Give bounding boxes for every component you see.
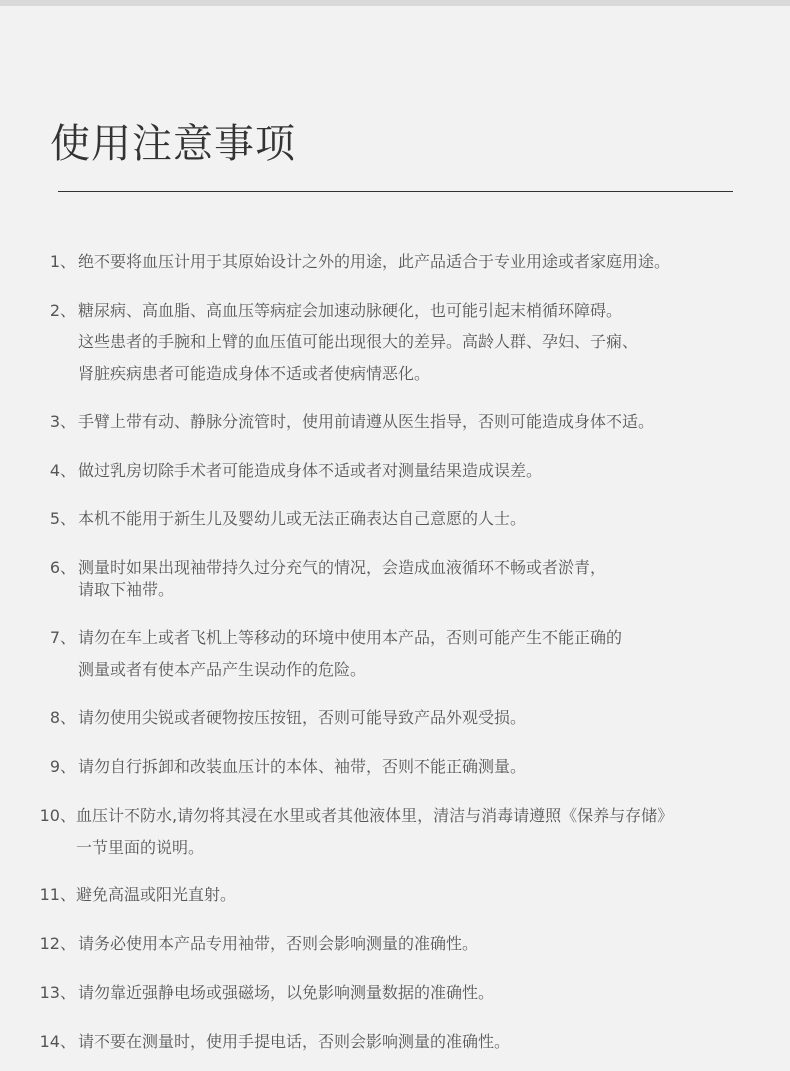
item-number: 9、 (50, 757, 76, 777)
item-text: 请勿自行拆卸和改装血压计的本体、袖带，否则不能正确测量。 (78, 757, 526, 777)
item-text: 本机不能用于新生儿及婴幼儿或无法正确表达自己意愿的人士。 (78, 509, 526, 529)
item-text: 避免高温或阳光直射。 (76, 885, 236, 905)
item-number: 14、 (40, 1032, 76, 1052)
item-text: 肾脏疾病患者可能造成身体不适或者使病情恶化。 (78, 364, 430, 384)
item-number: 5、 (50, 509, 76, 529)
item-number: 10、 (40, 806, 76, 826)
page-title: 使用注意事项 (50, 118, 296, 170)
item-text: 请务必使用本产品专用袖带，否则会影响测量的准确性。 (78, 934, 478, 954)
item-text: 手臂上带有动、静脉分流管时，使用前请遵从医生指导，否则可能造成身体不适。 (78, 412, 654, 432)
item-text: 绝不要将血压计用于其原始设计之外的用途，此产品适合于专业用途或者家庭用途。 (78, 252, 670, 272)
item-number: 13、 (40, 983, 76, 1003)
item-text: 请不要在测量时，使用手提电话，否则会影响测量的准确性。 (78, 1032, 510, 1052)
item-text: 做过乳房切除手术者可能造成身体不适或者对测量结果造成误差。 (78, 461, 542, 481)
title-divider (58, 191, 733, 192)
item-text: 这些患者的手腕和上臂的血压值可能出现很大的差异。高龄人群、孕妇、子痫、 (78, 332, 638, 352)
item-number: 1、 (50, 252, 76, 272)
item-number: 11、 (40, 885, 76, 905)
item-text: 测量时如果出现袖带持久过分充气的情况，会造成血液循环不畅或者淤青， (78, 558, 606, 578)
item-number: 6、 (50, 558, 76, 578)
item-text: 血压计不防水,请勿将其浸在水里或者其他液体里，清洁与消毒请遵照《保养与存储》 (76, 806, 673, 826)
item-text: 糖尿病、高血脂、高血压等病症会加速动脉硬化，也可能引起末梢循环障碍。 (78, 301, 622, 321)
item-text: 一节里面的说明。 (76, 838, 204, 858)
item-number: 8、 (50, 708, 76, 728)
item-number: 2、 (50, 301, 76, 321)
item-number: 3、 (50, 412, 76, 432)
item-text: 测量或者有使本产品产生误动作的危险。 (78, 660, 366, 680)
item-text: 请勿靠近强静电场或强磁场，以免影响测量数据的准确性。 (78, 983, 494, 1003)
top-bar (0, 0, 790, 6)
item-number: 7、 (50, 628, 76, 648)
item-number: 4、 (50, 461, 76, 481)
item-text: 请取下袖带。 (78, 580, 174, 600)
item-number: 12、 (40, 934, 76, 954)
item-text: 请勿使用尖锐或者硬物按压按钮，否则可能导致产品外观受损。 (78, 708, 526, 728)
item-text: 请勿在车上或者飞机上等移动的环境中使用本产品，否则可能产生不能正确的 (78, 628, 622, 648)
